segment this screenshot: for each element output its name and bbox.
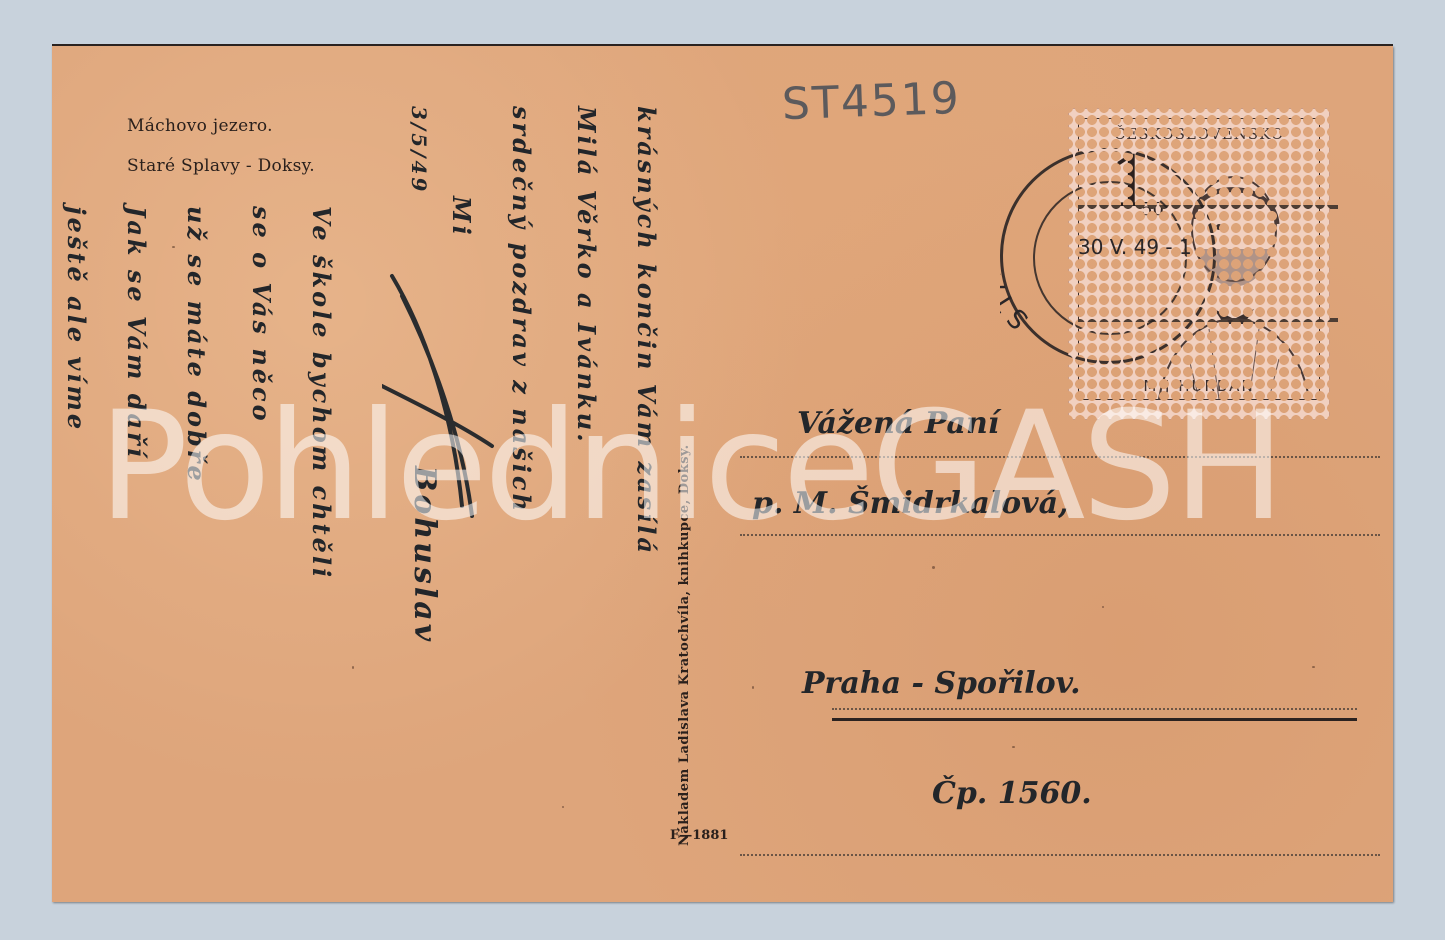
address-line	[832, 708, 1357, 710]
message-date: 3/5/49	[407, 106, 431, 226]
card-code: F—1881	[670, 828, 728, 843]
message-column: ještě ale víme	[62, 206, 91, 846]
address-underline	[832, 718, 1357, 721]
postmark-date: 30 V. 49 - 1	[1078, 235, 1192, 259]
watermark: PohledniceGASH	[98, 380, 1281, 554]
caption-title: Máchovo jezero.	[127, 116, 273, 136]
message-signoff: Mi	[447, 196, 476, 256]
pencil-inventory-note: ST4519	[781, 73, 961, 130]
address-number: Čp. 1560.	[932, 776, 1092, 811]
postage-stamp: ČESKOSLOVENSKO 1 50 M·J·HURBAN	[1068, 108, 1330, 420]
portrait-icon	[1149, 159, 1319, 399]
svg-text:STARÉ: STARÉ	[1000, 223, 1035, 335]
address-city: Praha - Spořilov.	[802, 666, 1081, 701]
address-line	[740, 854, 1380, 856]
caption-location: Staré Splavy - Doksy.	[127, 156, 315, 176]
